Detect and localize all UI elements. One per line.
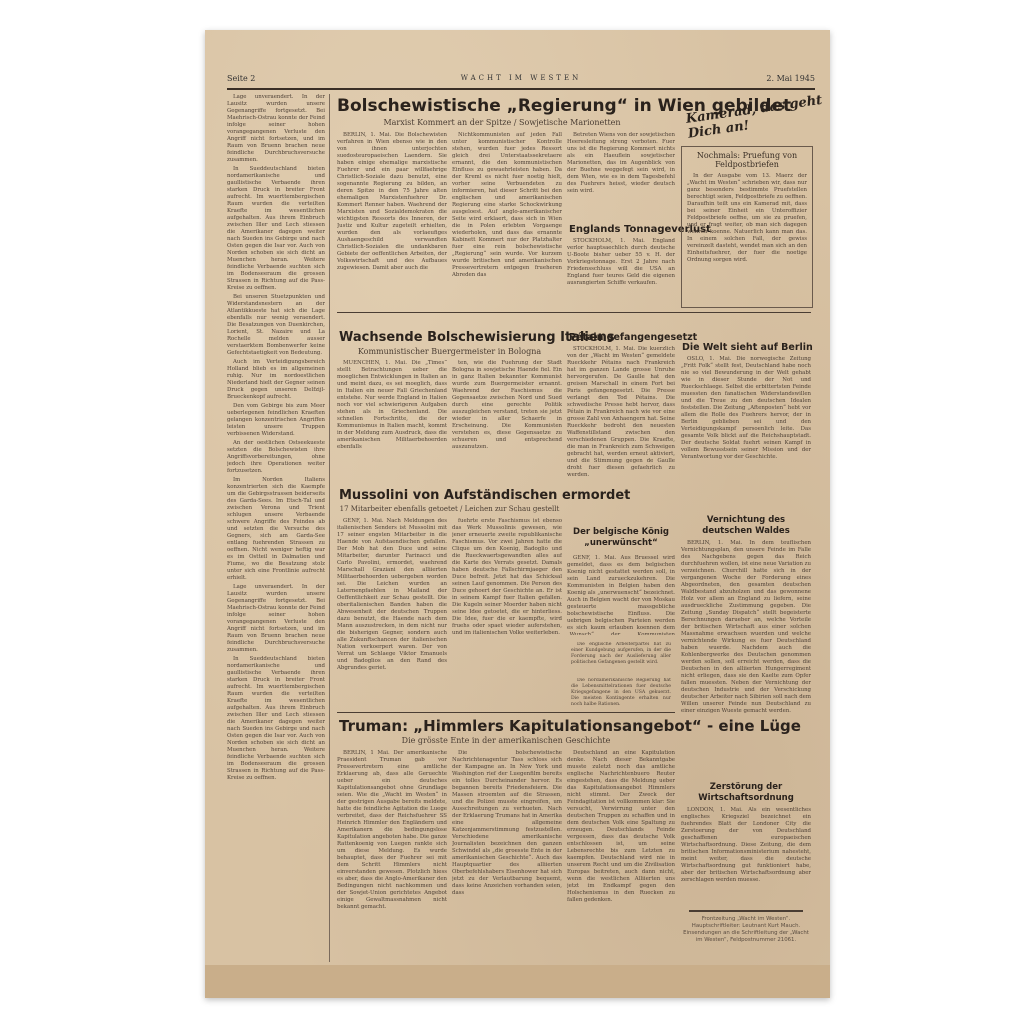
subheadline-italy: Kommunistischer Buergermeister in Bologn… <box>337 347 562 356</box>
section-rule <box>337 712 675 713</box>
paragraph: Lage unveraendert. In der Lausitz wurden… <box>227 584 325 654</box>
left-column: Lage unveraendert. In der Lausitz wurden… <box>227 94 325 962</box>
imprint: Frontzeitung „Wacht im Westen“. Hauptsch… <box>683 916 809 944</box>
paragraph: Den vom Gebirge bis zum Meer ueberlegene… <box>227 403 325 438</box>
newspaper-page: Seite 2 WACHT IM WESTEN 2. Mai 1945 Lage… <box>205 30 830 998</box>
paragraph: fuehrte erste Faschismus ist ebenso das … <box>452 518 562 637</box>
note-rations: Die nordamerikanische Regierung hat die … <box>571 678 671 708</box>
italy-column-1: MUENCHEN, 1. Mai. Die „Times“ stellt Bet… <box>337 360 447 460</box>
section-rule <box>337 312 811 313</box>
paragraph: Die englische Arbeiterpartei hat zu eine… <box>571 642 671 666</box>
headline-truman: Truman: „Himmlers Kapitulationsangebot“ … <box>339 717 801 735</box>
headline-petain: Pétain gefangengesetzt <box>569 332 697 343</box>
paragraph: In Sueddeutschland bieten nordamerikanis… <box>227 166 325 292</box>
paragraph: Die bolschewistische Nachrichtenagentur … <box>452 750 562 897</box>
italy-column-2: ten, wie die Fuehrung der Stadt Bologna … <box>452 360 562 460</box>
feldpost-box: Nochmals: Pruefung von Feldpostbriefen I… <box>681 146 813 308</box>
vienna-column-3: Betreten Wiens von der sowjetischen Heer… <box>567 132 675 222</box>
subheadline-mussolini: 17 Mitarbeiter ebenfalls getoetet / Leic… <box>337 505 562 513</box>
paragraph: Bei unseren Stuetzpunkten und Widerstand… <box>227 294 325 357</box>
paragraph: BERLIN, 1. Mai. Die Bolschewisten verfah… <box>337 132 447 272</box>
vienna-column-2: Nichtkommunisten auf jeden Fall unter ko… <box>452 132 562 307</box>
paper-fold <box>205 965 830 998</box>
paragraph: STOCKHOLM, 1. Mai. England verlor haupts… <box>567 238 675 287</box>
truman-column-3: Deutschland an eine Kapitulation denke. … <box>567 750 675 962</box>
economy-body: LONDON, 1. Mai. Als ein wesentliches eng… <box>681 807 811 907</box>
column-divider <box>329 94 330 962</box>
headline-belgium: Der belgische König „unerwünscht“ <box>567 527 675 549</box>
paragraph: BERLIN, 1 Mai. Der amerikanische Praesid… <box>337 750 447 911</box>
truman-column-2: Die bolschewistische Nachrichtenagentur … <box>452 750 562 962</box>
paragraph: BERLIN, 1. Mai. In dem teuflischen Verni… <box>681 540 811 715</box>
paragraph: In der Ausgabe vom 13. Maerz der „Wacht … <box>687 173 807 264</box>
berlin-body: OSLO, 1. Mai. Die norwegische Zeitung „F… <box>681 356 811 506</box>
tonnage-body: STOCKHOLM, 1. Mai. England verlor haupts… <box>567 238 675 308</box>
issue-date: 2. Mai 1945 <box>766 74 815 83</box>
belgium-body: GENF, 1. Mai. Aus Bruessel wird gemeldet… <box>567 555 675 635</box>
paragraph: ten, wie die Fuehrung der Stadt Bologna … <box>452 360 562 451</box>
paragraph: GENF, 1. Mai. Aus Bruessel wird gemeldet… <box>567 555 675 635</box>
paragraph: Im Norden Italiens konzentrierten sich d… <box>227 477 325 582</box>
paragraph: Deutschland an eine Kapitulation denke. … <box>567 750 675 904</box>
subheadline-truman: Die grösste Ente in der amerikanischen G… <box>337 736 675 745</box>
petain-body: STOCKHOLM, 1. Mai. Die kuerzlich von der… <box>567 346 675 494</box>
paragraph: Die nordamerikanische Regierung hat die … <box>571 678 671 708</box>
paragraph: OSLO, 1. Mai. Die norwegische Zeitung „F… <box>681 356 811 461</box>
subheadline-vienna: Marxist Kommert an der Spitze / Sowjetis… <box>337 118 667 127</box>
mussolini-column-2: fuehrte erste Faschismus ist ebenso das … <box>452 518 562 708</box>
headline-berlin: Die Welt sieht auf Berlin <box>682 342 813 353</box>
note-labour: Die englische Arbeiterpartei hat zu eine… <box>571 642 671 672</box>
mussolini-column-1: GENF, 1. Mai. Nach Meldungen des italien… <box>337 518 447 708</box>
headline-forest: Vernichtung des deutschen Waldes <box>681 515 811 537</box>
forest-body: BERLIN, 1. Mai. In dem teuflischen Verni… <box>681 540 811 775</box>
paragraph: STOCKHOLM, 1. Mai. Die kuerzlich von der… <box>567 346 675 479</box>
paragraph: GENF, 1. Mai. Nach Meldungen des italien… <box>337 518 447 672</box>
truman-column-1: BERLIN, 1 Mai. Der amerikanische Praesid… <box>337 750 447 962</box>
paragraph: MUENCHEN, 1. Mai. Die „Times“ stellt Bet… <box>337 360 447 451</box>
headline-mussolini: Mussolini von Aufständischen ermordet <box>339 488 630 503</box>
paragraph: LONDON, 1. Mai. Als ein wesentliches eng… <box>681 807 811 884</box>
footer-rule <box>689 910 803 912</box>
feldpost-body: In der Ausgabe vom 13. Maerz der „Wacht … <box>687 173 807 303</box>
masthead: Seite 2 WACHT IM WESTEN 2. Mai 1945 <box>227 70 815 86</box>
paragraph: Nichtkommunisten auf jeden Fall unter ko… <box>452 132 562 279</box>
headline-economy: Zerstörung der Wirtschaftsordnung <box>681 782 811 804</box>
paragraph: Auch im Verteidigungsbereich Holland bli… <box>227 359 325 401</box>
paragraph: Betreten Wiens von der sowjetischen Heer… <box>567 132 675 195</box>
paragraph: An der oestlichen Ostseekueste setzten d… <box>227 440 325 475</box>
masthead-rule <box>227 88 815 90</box>
feldpost-headline: Nochmals: Pruefung von Feldpostbriefen <box>686 151 808 169</box>
paragraph: In Sueddeutschland bieten nordamerikanis… <box>227 656 325 782</box>
paragraph: Lage unveraendert. In der Lausitz wurden… <box>227 94 325 164</box>
newspaper-title: WACHT IM WESTEN <box>227 74 815 82</box>
vienna-column-1: BERLIN, 1. Mai. Die Bolschewisten verfah… <box>337 132 447 307</box>
